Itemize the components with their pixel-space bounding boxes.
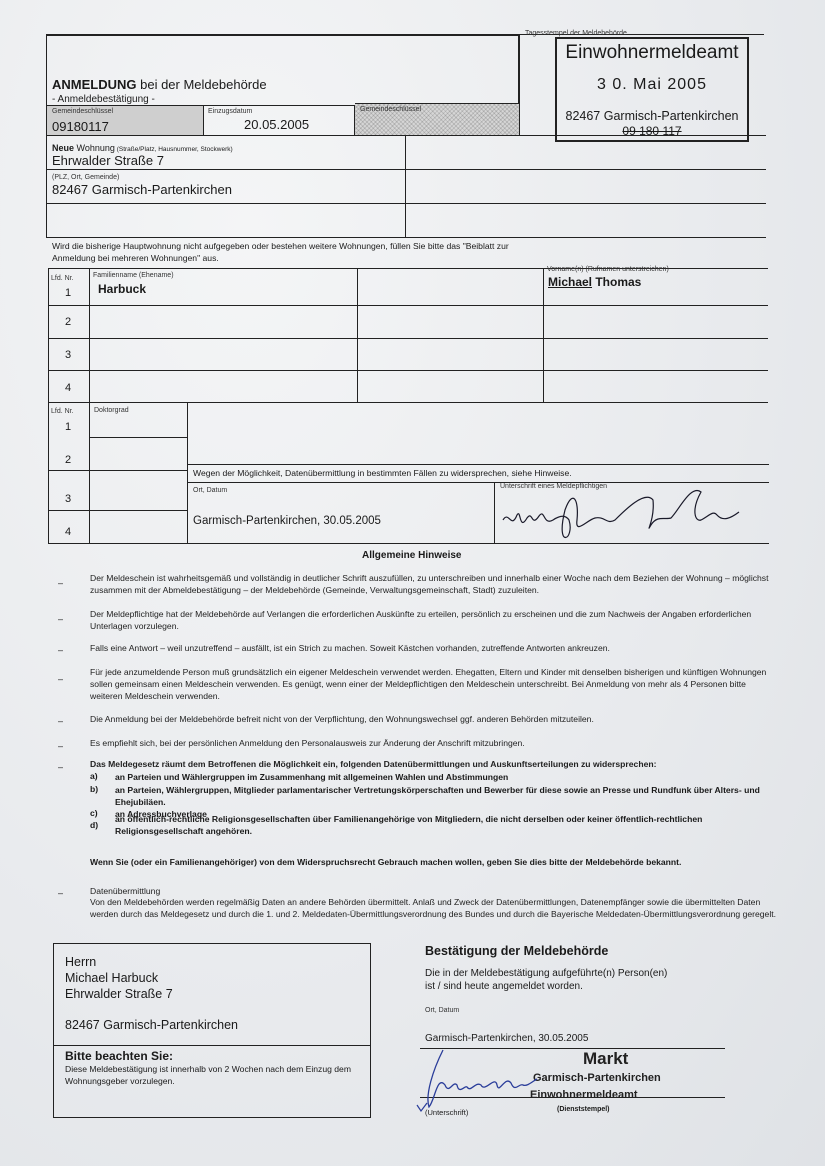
hint-item: Der Meldepflichtige hat der Meldebehörde… bbox=[90, 608, 780, 632]
bullet-dash: – bbox=[58, 578, 63, 588]
recipient-salutation: Herrn bbox=[65, 955, 96, 969]
applicant-signature bbox=[495, 480, 765, 555]
confirmation-place-date-value: Garmisch-Partenkirchen, 30.05.2005 bbox=[425, 1033, 588, 1044]
recipient-name: Michael Harbuck bbox=[65, 971, 158, 985]
objection-item: an Parteien und Wählergruppen im Zusamme… bbox=[115, 771, 780, 783]
doctor-col-title: Doktorgrad bbox=[94, 407, 129, 414]
document-page: ANMELDUNG bei der Meldebehörde - Anmelde… bbox=[0, 0, 825, 1166]
row-nr: 2 bbox=[53, 454, 83, 466]
stamp-office: Einwohnermeldeamt bbox=[557, 42, 747, 64]
col-header-first-name: Vorname(n) (Rufnamen unterstreichen) bbox=[547, 266, 669, 273]
hint-item: Für jede anzumeldende Person muß grundsä… bbox=[90, 666, 780, 702]
hint-item: Der Meldeschein ist wahrheitsgemäß und v… bbox=[90, 572, 780, 596]
einzugsdatum-field: Einzugsdatum 20.05.2005 bbox=[204, 105, 355, 136]
place-date-label: Ort, Datum bbox=[193, 487, 227, 494]
city-label: (PLZ, Ort, Gemeinde) bbox=[52, 174, 119, 181]
confirmation-text: Die in der Meldebestätigung aufgeführte(… bbox=[425, 967, 670, 993]
row-nr: 2 bbox=[53, 316, 83, 328]
objection-note: Wegen der Möglichkeit, Datenübermittlung… bbox=[193, 468, 572, 478]
form-subtitle: - Anmeldebestätigung - bbox=[52, 94, 155, 105]
data-transfer-text: Von den Meldebehörden werden regelmäßig … bbox=[90, 896, 780, 920]
col-header-nr: Lfd. Nr. bbox=[51, 275, 74, 282]
stamp-caption: (Dienststempel) bbox=[557, 1106, 610, 1113]
additional-residence-notice: Wird die bisherige Hauptwohnung nicht au… bbox=[52, 240, 532, 264]
confirmation-title: Bestätigung der Meldebehörde bbox=[425, 944, 608, 958]
signature-caption: (Unterschrift) bbox=[425, 1108, 468, 1117]
official-signature bbox=[415, 1045, 595, 1115]
city-value: 82467 Garmisch-Partenkirchen bbox=[52, 182, 232, 197]
stamp-town: 82467 Garmisch-Partenkirchen bbox=[557, 109, 747, 123]
doctor-col-nr: Lfd. Nr. bbox=[51, 408, 74, 415]
objection-item: an Parteien, Wählergruppen, Mitglieder p… bbox=[115, 784, 780, 808]
col-header-family-name: Familienname (Ehename) bbox=[93, 272, 174, 279]
row-nr: 3 bbox=[53, 349, 83, 361]
row-nr: 4 bbox=[53, 382, 83, 394]
gemeindeschluessel-office-field: Gemeindeschlüssel bbox=[355, 103, 520, 136]
day-stamp: Einwohnermeldeamt 3 0. Mai 2005 82467 Ga… bbox=[555, 37, 749, 142]
hint-item: Falls eine Antwort – weil unzutreffend –… bbox=[90, 642, 780, 654]
bullet-dash: – bbox=[58, 645, 63, 655]
first-name-value: Michael Thomas bbox=[548, 275, 641, 289]
bullet-dash: – bbox=[58, 762, 63, 772]
place-date-value: Garmisch-Partenkirchen, 30.05.2005 bbox=[193, 515, 381, 527]
bullet-dash: – bbox=[58, 888, 63, 898]
stamp-area-label: Tagesstempel der Meldebehörde bbox=[525, 30, 627, 37]
bullet-dash: – bbox=[58, 741, 63, 751]
bullet-dash: – bbox=[58, 674, 63, 684]
hint-item: Die Anmeldung bei der Meldebehörde befre… bbox=[90, 713, 780, 725]
gemeindeschluessel-field: Gemeindeschlüssel 09180117 bbox=[47, 105, 204, 136]
hint-item: Es empfiehlt sich, bei der persönlichen … bbox=[90, 737, 780, 749]
new-address-label: Neue Wohnung (Straße/Platz, Hausnummer, … bbox=[52, 143, 233, 153]
bullet-dash: – bbox=[58, 716, 63, 726]
row-nr: 1 bbox=[53, 421, 83, 433]
objection-letter: b) bbox=[90, 784, 98, 794]
street-value: Ehrwalder Straße 7 bbox=[52, 153, 164, 168]
objection-item: an öffentlich-rechtliche Religionsgesell… bbox=[115, 813, 780, 837]
objection-letter: a) bbox=[90, 771, 98, 781]
note-text: Diese Meldebestätigung ist innerhalb von… bbox=[65, 1063, 355, 1087]
row-nr: 3 bbox=[53, 493, 83, 505]
family-name-value: Harbuck bbox=[98, 282, 146, 296]
form-title: ANMELDUNG bei der Meldebehörde bbox=[52, 77, 267, 92]
recipient-street: Ehrwalder Straße 7 bbox=[65, 987, 173, 1001]
row-nr: 4 bbox=[53, 526, 83, 538]
stamp-date: 3 0. Mai 2005 bbox=[557, 76, 747, 94]
hints-title: Allgemeine Hinweise bbox=[362, 550, 461, 561]
recipient-box: Herrn Michael Harbuck Ehrwalder Straße 7… bbox=[53, 943, 371, 1118]
confirmation-place-date-label: Ort, Datum bbox=[425, 1007, 459, 1014]
recipient-city: 82467 Garmisch-Partenkirchen bbox=[65, 1018, 238, 1032]
objection-letter: d) bbox=[90, 820, 98, 830]
objection-intro: Das Meldegesetz räumt dem Betroffenen di… bbox=[90, 758, 780, 770]
note-title: Bitte beachten Sie: bbox=[65, 1049, 173, 1063]
row-nr: 1 bbox=[53, 287, 83, 299]
bullet-dash: – bbox=[58, 614, 63, 624]
objection-instruction: Wenn Sie (oder ein Familienangehöriger) … bbox=[90, 857, 780, 867]
objection-letter: c) bbox=[90, 808, 98, 818]
